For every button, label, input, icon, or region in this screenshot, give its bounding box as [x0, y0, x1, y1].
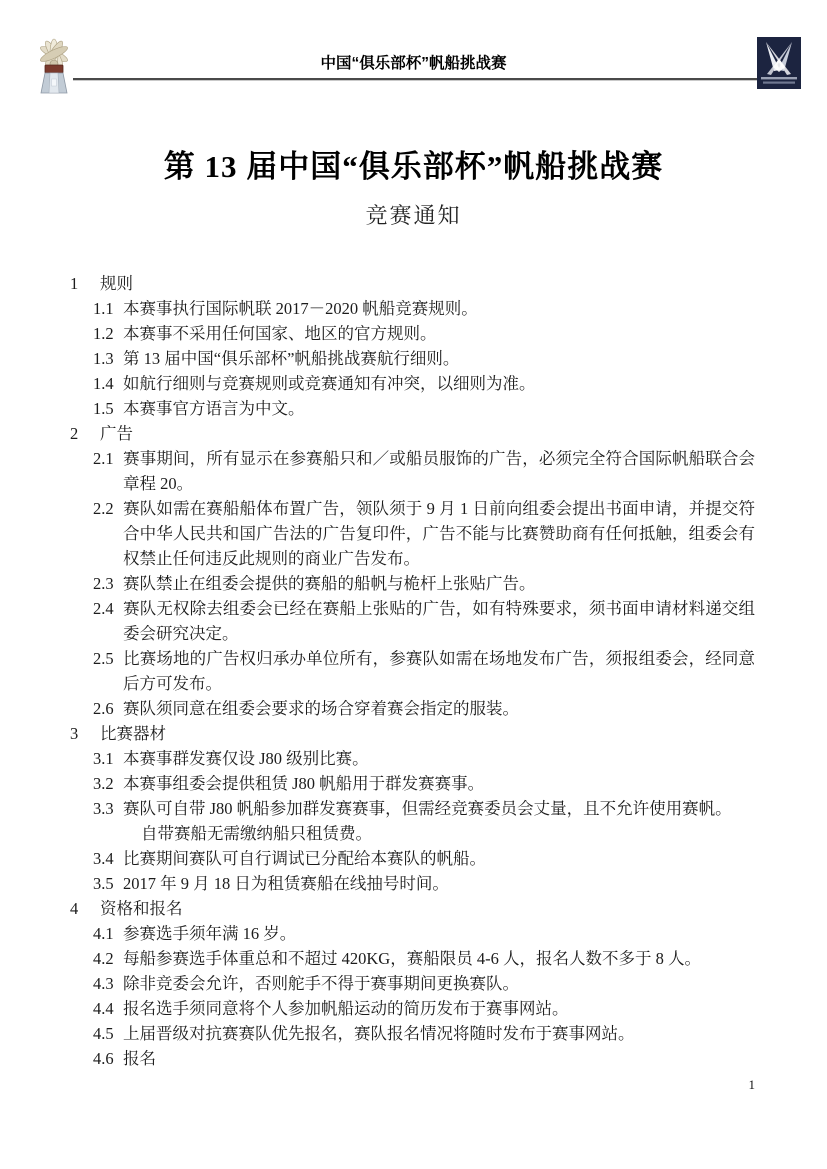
clause-1.5: 1.5本赛事官方语言为中文。	[93, 396, 755, 421]
clause-text: 第 13 届中国“俱乐部杯”帆船挑战赛航行细则。	[123, 349, 459, 368]
document-body: 1规则1.1本赛事执行国际帆联 2017－2020 帆船竞赛规则。1.2本赛事不…	[70, 271, 755, 1071]
clause-4.5: 4.5上届晋级对抗赛赛队优先报名，赛队报名情况将随时发布于赛事网站。	[93, 1021, 755, 1046]
document-title: 第 13 届中国“俱乐部杯”帆船挑战赛	[0, 141, 827, 186]
clause-number: 4.4	[93, 996, 123, 1021]
clause-text: 本赛事不采用任何国家、地区的官方规则。	[123, 324, 437, 343]
clause-3.5: 3.52017 年 9 月 18 日为租赁赛船在线抽号时间。	[93, 871, 755, 896]
clause-text: 如航行细则与竞赛规则或竞赛通知有冲突，以细则为准。	[123, 374, 536, 393]
clause-2.1: 2.1赛事期间，所有显示在参赛船只和／或船员服饰的广告，必须完全符合国际帆船联合…	[93, 446, 755, 496]
clause-number: 4.1	[93, 921, 123, 946]
section-3: 3比赛器材3.1本赛事群发赛仅设 J80 级别比赛。3.2本赛事组委会提供租赁 …	[70, 721, 755, 896]
section-number: 4	[70, 896, 100, 921]
clause-text: 比赛期间赛队可自行调试已分配给本赛队的帆船。	[123, 849, 486, 868]
clause-4.3: 4.3除非竞委会允许，否则舵手不得于赛事期间更换赛队。	[93, 971, 755, 996]
document-page: 中国“俱乐部杯”帆船挑战赛 第 13 届中国“俱乐部杯”帆船挑战赛 竞赛通知 1…	[0, 0, 827, 1169]
clause-text: 赛队无权除去组委会已经在赛船上张贴的广告，如有特殊要求，须书面申请材料递交组委会…	[123, 599, 755, 643]
clause-text: 上届晋级对抗赛赛队优先报名，赛队报名情况将随时发布于赛事网站。	[123, 1024, 635, 1043]
clause-text: 报名	[123, 1049, 156, 1068]
section-4: 4资格和报名4.1参赛选手须年满 16 岁。4.2每船参赛选手体重总和不超过 4…	[70, 896, 755, 1071]
clause-number: 1.4	[93, 371, 123, 396]
clause-1.4: 1.4如航行细则与竞赛规则或竞赛通知有冲突，以细则为准。	[93, 371, 755, 396]
section-heading: 4资格和报名	[70, 896, 755, 921]
clause-number: 3.5	[93, 871, 123, 896]
clause-number: 3.2	[93, 771, 123, 796]
clause-text: 赛队禁止在组委会提供的赛船的船帆与桅杆上张贴广告。	[123, 574, 536, 593]
clause-text: 2017 年 9 月 18 日为租赁赛船在线抽号时间。	[123, 874, 449, 893]
section-number: 2	[70, 421, 100, 446]
clause-text: 赛队可自带 J80 帆船参加群发赛赛事，但需经竞赛委员会丈量，且不允许使用赛帆。	[123, 799, 732, 818]
clause-number: 4.6	[93, 1046, 123, 1071]
clause-number: 1.2	[93, 321, 123, 346]
section-title: 资格和报名	[100, 896, 755, 921]
clause-number: 3.4	[93, 846, 123, 871]
clause-text: 赛队须同意在组委会要求的场合穿着赛会指定的服装。	[123, 699, 519, 718]
clause-1.2: 1.2本赛事不采用任何国家、地区的官方规则。	[93, 321, 755, 346]
clause-2.6: 2.6赛队须同意在组委会要求的场合穿着赛会指定的服装。	[93, 696, 755, 721]
clause-number: 2.6	[93, 696, 123, 721]
clause-text: 本赛事组委会提供租赁 J80 帆船用于群发赛赛事。	[123, 774, 484, 793]
header-running-title: 中国“俱乐部杯”帆船挑战赛	[0, 51, 827, 73]
clause-3.3: 3.3赛队可自带 J80 帆船参加群发赛赛事，但需经竞赛委员会丈量，且不允许使用…	[93, 796, 755, 821]
clause-number: 4.3	[93, 971, 123, 996]
page-number: 1	[70, 1077, 755, 1093]
clause-3.1: 3.1本赛事群发赛仅设 J80 级别比赛。	[93, 746, 755, 771]
section-title: 比赛器材	[100, 721, 755, 746]
clause-number: 2.2	[93, 496, 123, 521]
clause-number: 4.2	[93, 946, 123, 971]
clause-2.3: 2.3赛队禁止在组委会提供的赛船的船帆与桅杆上张贴广告。	[93, 571, 755, 596]
clause-number: 4.5	[93, 1021, 123, 1046]
clause-number: 2.1	[93, 446, 123, 471]
clause-text: 赛事期间，所有显示在参赛船只和／或船员服饰的广告，必须完全符合国际帆船联合会章程…	[123, 449, 755, 493]
header-divider-line	[73, 78, 757, 81]
clause-text: 每船参赛选手体重总和不超过 420KG，赛船限员 4-6 人，报名人数不多于 8…	[123, 949, 701, 968]
clause-4.2: 4.2每船参赛选手体重总和不超过 420KG，赛船限员 4-6 人，报名人数不多…	[93, 946, 755, 971]
clause-number: 3.3	[93, 796, 123, 821]
clause-continuation: 自带赛船无需缴纳船只租赁费。	[93, 821, 755, 846]
section-heading: 3比赛器材	[70, 721, 755, 746]
clause-2.2: 2.2赛队如需在赛船船体布置广告，领队须于 9 月 1 日前向组委会提出书面申请…	[93, 496, 755, 571]
clause-text: 本赛事群发赛仅设 J80 级别比赛。	[123, 749, 369, 768]
clause-text: 除非竞委会允许，否则舵手不得于赛事期间更换赛队。	[123, 974, 519, 993]
clause-4.6: 4.6报名	[93, 1046, 755, 1071]
clause-2.4: 2.4赛队无权除去组委会已经在赛船上张贴的广告，如有特殊要求，须书面申请材料递交…	[93, 596, 755, 646]
clause-number: 2.3	[93, 571, 123, 596]
clause-number: 1.1	[93, 296, 123, 321]
clause-number: 2.5	[93, 646, 123, 671]
clause-text: 本赛事官方语言为中文。	[123, 399, 305, 418]
section-title: 规则	[100, 271, 755, 296]
clause-number: 3.1	[93, 746, 123, 771]
clause-text: 比赛场地的广告权归承办单位所有，参赛队如需在场地发布广告，须报组委会，经同意后方…	[123, 649, 755, 693]
clause-text: 赛队如需在赛船船体布置广告，领队须于 9 月 1 日前向组委会提出书面申请，并提…	[123, 499, 755, 568]
clause-text: 参赛选手须年满 16 岁。	[123, 924, 296, 943]
clause-number: 1.3	[93, 346, 123, 371]
clause-number: 1.5	[93, 396, 123, 421]
section-heading: 2广告	[70, 421, 755, 446]
document-subtitle: 竞赛通知	[0, 199, 827, 230]
section-2: 2广告2.1赛事期间，所有显示在参赛船只和／或船员服饰的广告，必须完全符合国际帆…	[70, 421, 755, 721]
clause-1.3: 1.3第 13 届中国“俱乐部杯”帆船挑战赛航行细则。	[93, 346, 755, 371]
clause-4.4: 4.4报名选手须同意将个人参加帆船运动的简历发布于赛事网站。	[93, 996, 755, 1021]
section-number: 1	[70, 271, 100, 296]
section-1: 1规则1.1本赛事执行国际帆联 2017－2020 帆船竞赛规则。1.2本赛事不…	[70, 271, 755, 421]
clause-text: 本赛事执行国际帆联 2017－2020 帆船竞赛规则。	[123, 299, 478, 318]
section-heading: 1规则	[70, 271, 755, 296]
clause-4.1: 4.1参赛选手须年满 16 岁。	[93, 921, 755, 946]
clause-3.2: 3.2本赛事组委会提供租赁 J80 帆船用于群发赛赛事。	[93, 771, 755, 796]
clause-number: 2.4	[93, 596, 123, 621]
clause-text: 报名选手须同意将个人参加帆船运动的简历发布于赛事网站。	[123, 999, 569, 1018]
section-title: 广告	[100, 421, 755, 446]
clause-2.5: 2.5比赛场地的广告权归承办单位所有，参赛队如需在场地发布广告，须报组委会，经同…	[93, 646, 755, 696]
clause-1.1: 1.1本赛事执行国际帆联 2017－2020 帆船竞赛规则。	[93, 296, 755, 321]
clause-3.4: 3.4比赛期间赛队可自行调试已分配给本赛队的帆船。	[93, 846, 755, 871]
section-number: 3	[70, 721, 100, 746]
crossed-sails-logo-icon	[757, 37, 801, 89]
